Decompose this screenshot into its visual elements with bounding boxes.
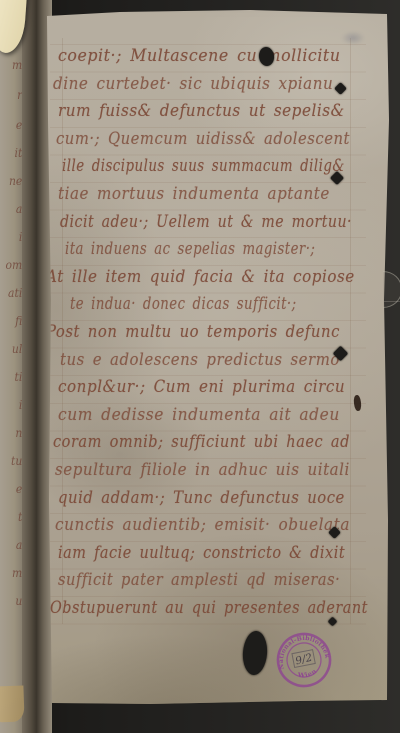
ruling-line-right — [350, 38, 351, 624]
manuscript-line: sepultura filiole in adhuc uis uitali — [55, 460, 350, 480]
page-edge-tab-line — [384, 301, 400, 302]
manuscript-line: ille discipulus suus summacum dilig& — [62, 156, 345, 176]
stamp-bottom-text: Wien — [295, 666, 319, 681]
manuscript-photo: mreitneaiomatifiultiintuetamu coepit·; M… — [0, 0, 400, 733]
manuscript-line: coram omnib; sufficiunt ubi haec ad — [53, 432, 350, 452]
manuscript-line: dicit adeu·; Uellem ut & me mortuu· — [60, 212, 352, 232]
manuscript-line: rum fuiss& defunctus ut sepelis& — [58, 101, 345, 121]
gutter-fold-shadow — [22, 0, 52, 733]
manuscript-line: dine curtebet· sic ubiquis xpianu — [53, 74, 333, 94]
manuscript-line: conpl&ur·; Cum eni plurima circu — [58, 377, 345, 397]
manuscript-line: cunctis audientib; emisit· obuelata — [55, 515, 350, 535]
page-edge-tab — [383, 271, 400, 308]
manuscript-line: ita induens ac sepelias magister·; — [65, 239, 315, 259]
manuscript-line: te indua· donec dicas sufficit·; — [70, 294, 297, 314]
manuscript-line: cum dedisse indumenta ait adeu — [58, 405, 340, 425]
manuscript-line: cum·; Quemcum uidiss& adolescent — [56, 129, 350, 149]
manuscript-line: iam facie uultuq; constricto & dixit — [58, 543, 345, 563]
parchment-page: coepit·; Multascene cu mollicitudine cur… — [0, 0, 400, 733]
manuscript-line: coepit·; Multascene cu mollicitu — [58, 46, 341, 66]
manuscript-line: quid addam·; Tunc defunctus uoce — [58, 488, 345, 508]
manuscript-line: At ille item quid facia & ita copiose — [46, 267, 355, 287]
manuscript-line: Post non multu uo temporis defunc — [46, 322, 340, 342]
manuscript-line: tus e adolescens predictus sermo — [60, 350, 340, 370]
pencil-smudge — [341, 31, 365, 45]
stamp-shelfmark: 9/2 — [294, 652, 314, 668]
manuscript-line: sufficit pater amplesti qd miseras· — [58, 570, 340, 590]
underleaf-edge-bottom — [0, 686, 25, 723]
manuscript-line: tiae mortuus indumenta aptante — [58, 184, 330, 204]
